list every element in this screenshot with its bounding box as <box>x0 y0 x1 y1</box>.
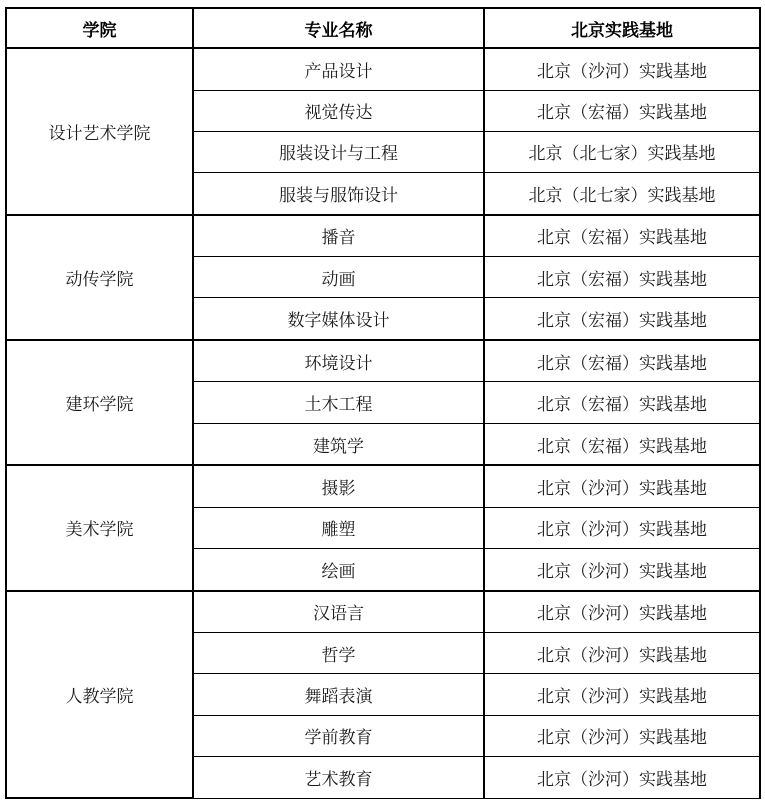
base-cell: 北京（沙河）实践基地 <box>484 591 760 633</box>
table-row: 动传学院播音北京（宏福）实践基地 <box>6 215 760 257</box>
header-base: 北京实践基地 <box>484 8 760 48</box>
major-cell: 播音 <box>193 215 484 257</box>
header-row: 学院 专业名称 北京实践基地 <box>6 8 760 48</box>
header-major: 专业名称 <box>193 8 484 48</box>
table-body: 设计艺术学院产品设计北京（沙河）实践基地视觉传达北京（宏福）实践基地服装设计与工… <box>6 48 760 798</box>
major-cell: 绘画 <box>193 549 484 591</box>
major-cell: 数字媒体设计 <box>193 298 484 340</box>
table-row: 美术学院摄影北京（沙河）实践基地 <box>6 465 760 507</box>
base-cell: 北京（宏福）实践基地 <box>484 257 760 298</box>
table-row: 人教学院汉语言北京（沙河）实践基地 <box>6 591 760 633</box>
base-cell: 北京（沙河）实践基地 <box>484 633 760 674</box>
base-cell: 北京（宏福）实践基地 <box>484 382 760 423</box>
major-cell: 舞蹈表演 <box>193 674 484 715</box>
major-cell: 产品设计 <box>193 48 484 90</box>
major-cell: 汉语言 <box>193 591 484 633</box>
base-cell: 北京（宏福）实践基地 <box>484 340 760 382</box>
major-cell: 雕塑 <box>193 507 484 548</box>
base-cell: 北京（宏福）实践基地 <box>484 423 760 465</box>
major-cell: 建筑学 <box>193 423 484 465</box>
base-cell: 北京（沙河）实践基地 <box>484 48 760 90</box>
college-cell: 人教学院 <box>6 591 193 798</box>
major-cell: 服装与服饰设计 <box>193 173 484 215</box>
base-cell: 北京（宏福）实践基地 <box>484 298 760 340</box>
practice-base-table: 学院 专业名称 北京实践基地 设计艺术学院产品设计北京（沙河）实践基地视觉传达北… <box>5 7 761 799</box>
college-cell: 设计艺术学院 <box>6 48 193 215</box>
major-cell: 摄影 <box>193 465 484 507</box>
major-cell: 视觉传达 <box>193 90 484 131</box>
table-header: 学院 专业名称 北京实践基地 <box>6 8 760 48</box>
table-row: 设计艺术学院产品设计北京（沙河）实践基地 <box>6 48 760 90</box>
base-cell: 北京（宏福）实践基地 <box>484 215 760 257</box>
major-cell: 服装设计与工程 <box>193 131 484 172</box>
major-cell: 哲学 <box>193 633 484 674</box>
major-cell: 动画 <box>193 257 484 298</box>
college-cell: 美术学院 <box>6 465 193 590</box>
base-cell: 北京（北七家）实践基地 <box>484 131 760 172</box>
base-cell: 北京（沙河）实践基地 <box>484 715 760 756</box>
base-cell: 北京（宏福）实践基地 <box>484 90 760 131</box>
major-cell: 环境设计 <box>193 340 484 382</box>
base-cell: 北京（沙河）实践基地 <box>484 674 760 715</box>
base-cell: 北京（沙河）实践基地 <box>484 757 760 799</box>
base-cell: 北京（沙河）实践基地 <box>484 507 760 548</box>
base-cell: 北京（沙河）实践基地 <box>484 465 760 507</box>
base-cell: 北京（沙河）实践基地 <box>484 549 760 591</box>
major-cell: 学前教育 <box>193 715 484 756</box>
header-college: 学院 <box>6 8 193 48</box>
college-cell: 动传学院 <box>6 215 193 340</box>
college-cell: 建环学院 <box>6 340 193 465</box>
table-row: 建环学院环境设计北京（宏福）实践基地 <box>6 340 760 382</box>
base-cell: 北京（北七家）实践基地 <box>484 173 760 215</box>
major-cell: 艺术教育 <box>193 757 484 799</box>
major-cell: 土木工程 <box>193 382 484 423</box>
